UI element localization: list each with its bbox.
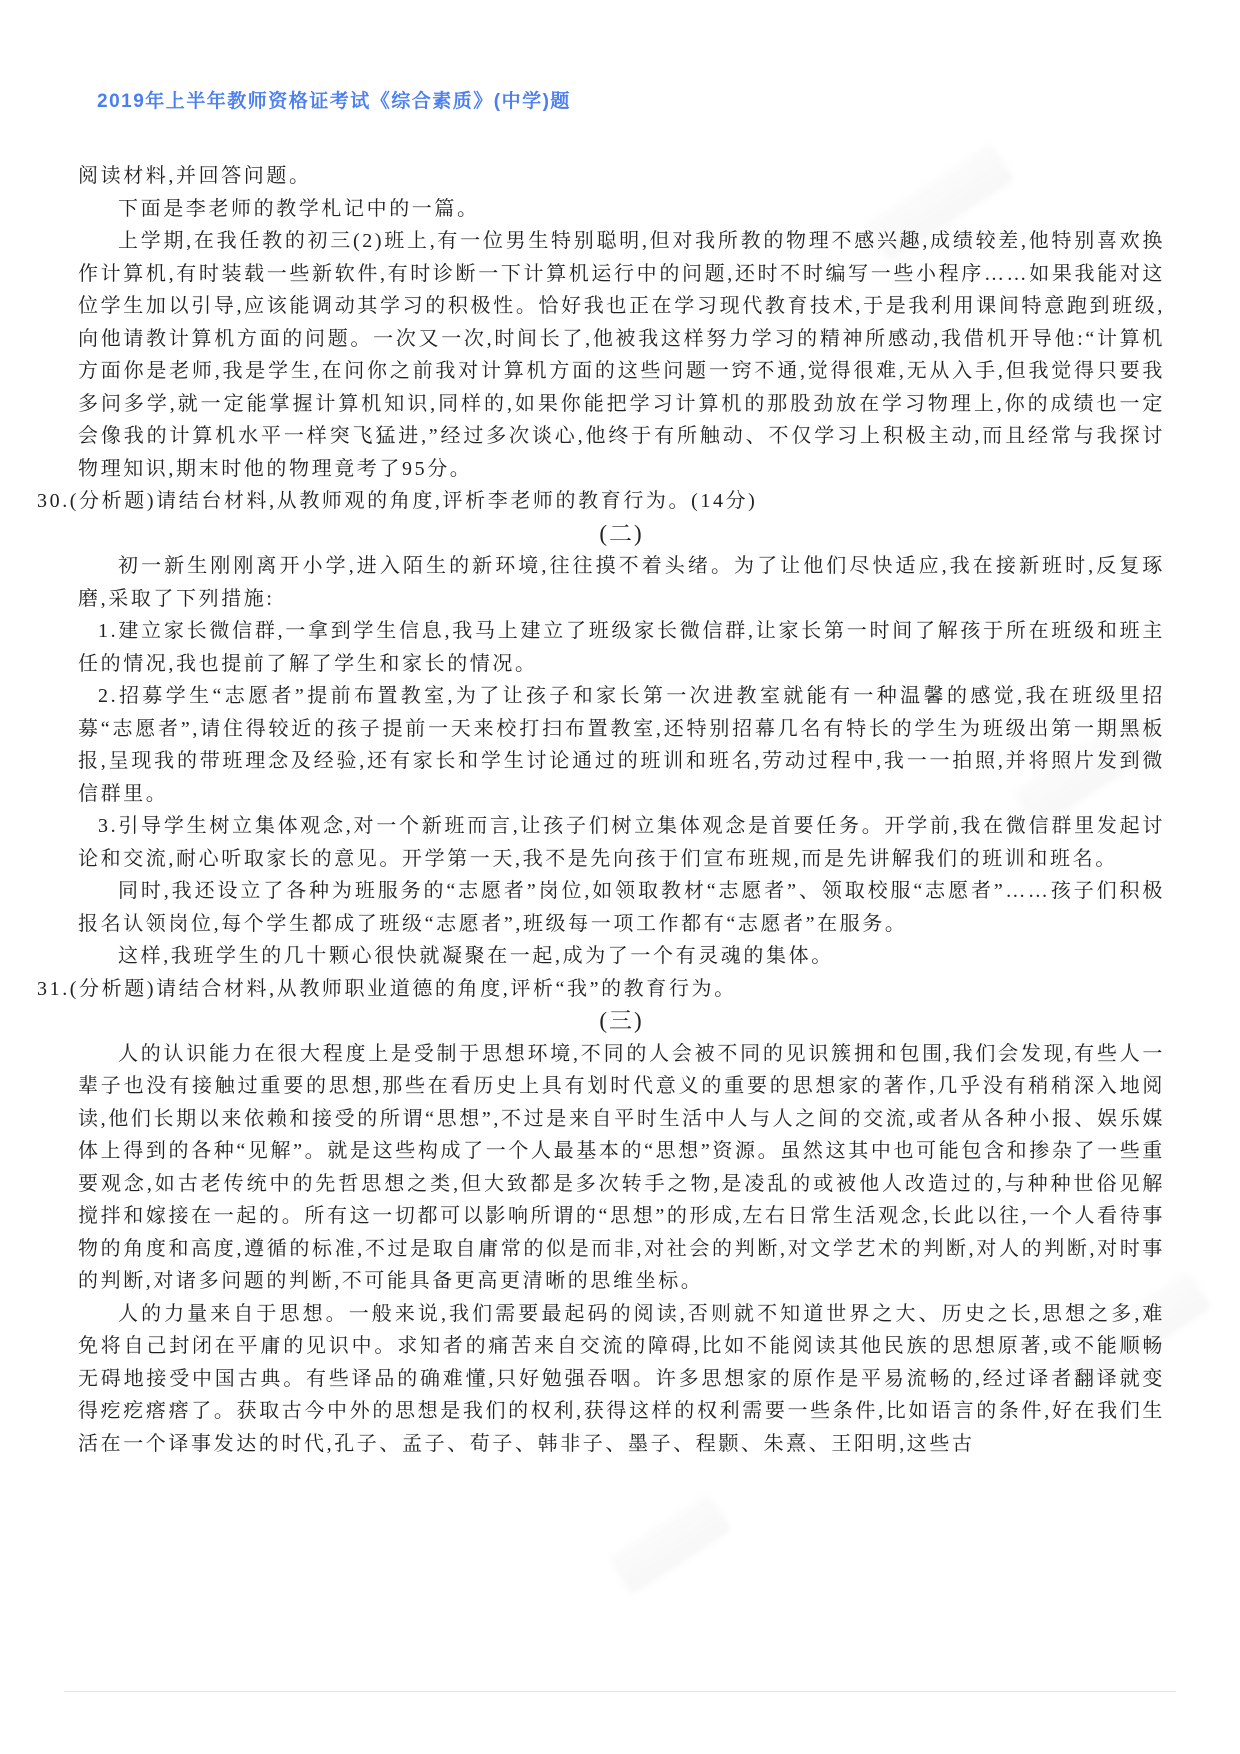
list-item-1: 1.建立家长微信群,一拿到学生信息,我马上建立了班级家长微信群,让家长第一时间了… bbox=[78, 615, 1165, 680]
paragraph: 下面是李老师的教学札记中的一篇。 bbox=[78, 193, 1165, 226]
page-title: 2019年上半年教师资格证考试《综合素质》(中学)题 bbox=[97, 86, 571, 113]
document-page: 2019年上半年教师资格证考试《综合素质》(中学)题 阅读材料,并回答问题。 下… bbox=[0, 0, 1240, 1754]
paragraph: 人的认识能力在很大程度上是受制于思想环境,不同的人会被不同的见识簇拥和包围,我们… bbox=[78, 1038, 1165, 1298]
section-heading-2: (二) bbox=[78, 518, 1165, 551]
paragraph: 上学期,在我任教的初三(2)班上,有一位男生特别聪明,但对我所教的物理不感兴趣,… bbox=[78, 225, 1165, 485]
document-content: 阅读材料,并回答问题。 下面是李老师的教学札记中的一篇。 上学期,在我任教的初三… bbox=[78, 160, 1165, 1460]
paragraph: 初一新生刚刚离开小学,进入陌生的新环境,往往摸不着头绪。为了让他们尽快适应,我在… bbox=[78, 550, 1165, 615]
page-bottom-divider bbox=[64, 1691, 1176, 1692]
watermark bbox=[608, 1493, 733, 1595]
section-heading-3: (三) bbox=[78, 1005, 1165, 1038]
question-31: 31.(分析题)请结合材料,从教师职业道德的角度,评析“我”的教育行为。 bbox=[37, 973, 1165, 1006]
list-item-3: 3.引导学生树立集体观念,对一个新班而言,让孩子们树立集体观念是首要任务。开学前… bbox=[78, 810, 1165, 875]
paragraph: 这样,我班学生的几十颗心很快就凝聚在一起,成为了一个有灵魂的集体。 bbox=[78, 940, 1165, 973]
intro-line: 阅读材料,并回答问题。 bbox=[78, 160, 1165, 193]
question-30: 30.(分析题)请结台材料,从教师观的角度,评析李老师的教育行为。(14分) bbox=[37, 485, 1165, 518]
paragraph: 同时,我还设立了各种为班服务的“志愿者”岗位,如领取教材“志愿者”、领取校服“志… bbox=[78, 875, 1165, 940]
paragraph: 人的力量来自于思想。一般来说,我们需要最起码的阅读,否则就不知道世界之大、历史之… bbox=[78, 1298, 1165, 1461]
list-item-2: 2.招募学生“志愿者”提前布置教室,为了让孩子和家长第一次进教室就能有一种温馨的… bbox=[78, 680, 1165, 810]
